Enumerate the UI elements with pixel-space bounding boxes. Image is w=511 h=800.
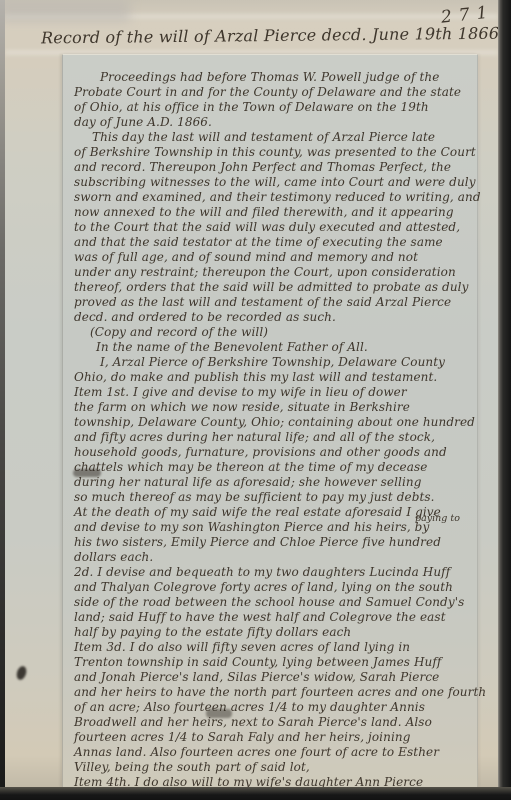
will-text-line: proved as the last will and testament of… [74,295,486,310]
will-text-line: decd. and ordered to be recorded as such… [74,310,486,325]
will-text-line: of Ohio, at his office in the Town of De… [74,100,486,115]
record-title: Record of the will of Arzal Pierce decd.… [41,24,505,48]
will-text-line: subscribing witnesses to the will, came … [74,175,486,190]
will-text-line: chattels which may be thereon at the tim… [74,460,486,475]
will-text-line: during her natural life as aforesaid; sh… [74,475,486,490]
will-text-line: side of the road between the school hous… [74,595,486,610]
will-text-line: was of full age, and of sound mind and m… [74,250,486,265]
will-text-line: (Copy and record of the will) [74,325,486,340]
inserted-words: paying to [415,513,460,524]
ink-blot [15,665,28,681]
will-text-line: 2d. I devise and bequeath to my two daug… [74,565,486,580]
will-text-line: sworn and examined, and their testimony … [74,190,486,205]
will-text-line: so much thereof as may be sufficient to … [74,490,486,505]
will-text-line: This day the last will and testament of … [74,130,486,145]
will-text-line: and record. Thereupon John Perfect and T… [74,160,486,175]
will-text-line: and that the said testator at the time o… [74,235,486,250]
will-text-line: to the Court that the said will was duly… [74,220,486,235]
will-text-line: his two sisters, Emily Pierce and Chloe … [74,535,486,550]
will-text-line: Ohio, do make and publish this my last w… [74,370,486,385]
scan-glare [0,0,130,22]
will-text-line: household goods, furnature, provisions a… [74,445,486,460]
will-text-line: and Jonah Pierce's land, Silas Pierce's … [74,670,486,685]
will-text-line: and fifty acres during her natural life;… [74,430,486,445]
will-text-line: Broadwell and her heirs, next to Sarah P… [74,715,486,730]
will-text-line: Item 1st. I give and devise to my wife i… [74,385,486,400]
will-text-line: of Berkshire Township in this county, wa… [74,145,486,160]
will-text-line: thereof, orders that the said will be ad… [74,280,486,295]
will-text-line: Proceedings had before Thomas W. Powell … [74,70,486,85]
will-text-line: In the name of the Benevolent Father of … [74,340,486,355]
will-text-line: half by paying to the estate fifty dolla… [74,625,486,640]
will-text-line: under any restraint; thereupon the Court… [74,265,486,280]
scanned-record-page: 271 Record of the will of Arzal Pierce d… [0,0,511,800]
will-record-sheet: Proceedings had before Thomas W. Powell … [62,54,478,787]
will-text-line: I, Arzal Pierce of Berkshire Township, D… [74,355,486,370]
will-text-line: day of June A.D. 1866. [74,115,486,130]
will-text-line: Item 3d. I do also will fifty seven acre… [74,640,486,655]
will-text-line: land; said Huff to have the west half an… [74,610,486,625]
scan-edge-right [498,0,511,800]
will-text-line: fourteen acres 1/4 to Sarah Faly and her… [74,730,486,745]
will-text: Proceedings had before Thomas W. Powell … [74,70,486,790]
will-text-line: the farm on which we now reside, situate… [74,400,486,415]
will-text-line: Trenton township in said County, lying b… [74,655,486,670]
record-book-page: 271 Record of the will of Arzal Pierce d… [5,0,498,787]
scan-edge-bottom [0,787,511,800]
will-text-line: and Thalyan Colegrove forty acres of lan… [74,580,486,595]
ink-smudge [206,709,232,718]
will-text-line: Probate Court in and for the County of D… [74,85,486,100]
will-text-line: dollars each. [74,550,486,565]
will-text-line: township, Delaware County, Ohio; contain… [74,415,486,430]
will-text-line: Villey, being the south part of said lot… [74,760,486,775]
ink-smudge [73,469,101,477]
will-text-line: now annexed to the will and filed therew… [74,205,486,220]
will-text-line: of an acre; Also fourteen acres 1/4 to m… [74,700,486,715]
will-text-line: and her heirs to have the north part fou… [74,685,486,700]
scan-edge-left [0,0,5,787]
will-text-line: Annas land. Also fourteen acres one four… [74,745,486,760]
